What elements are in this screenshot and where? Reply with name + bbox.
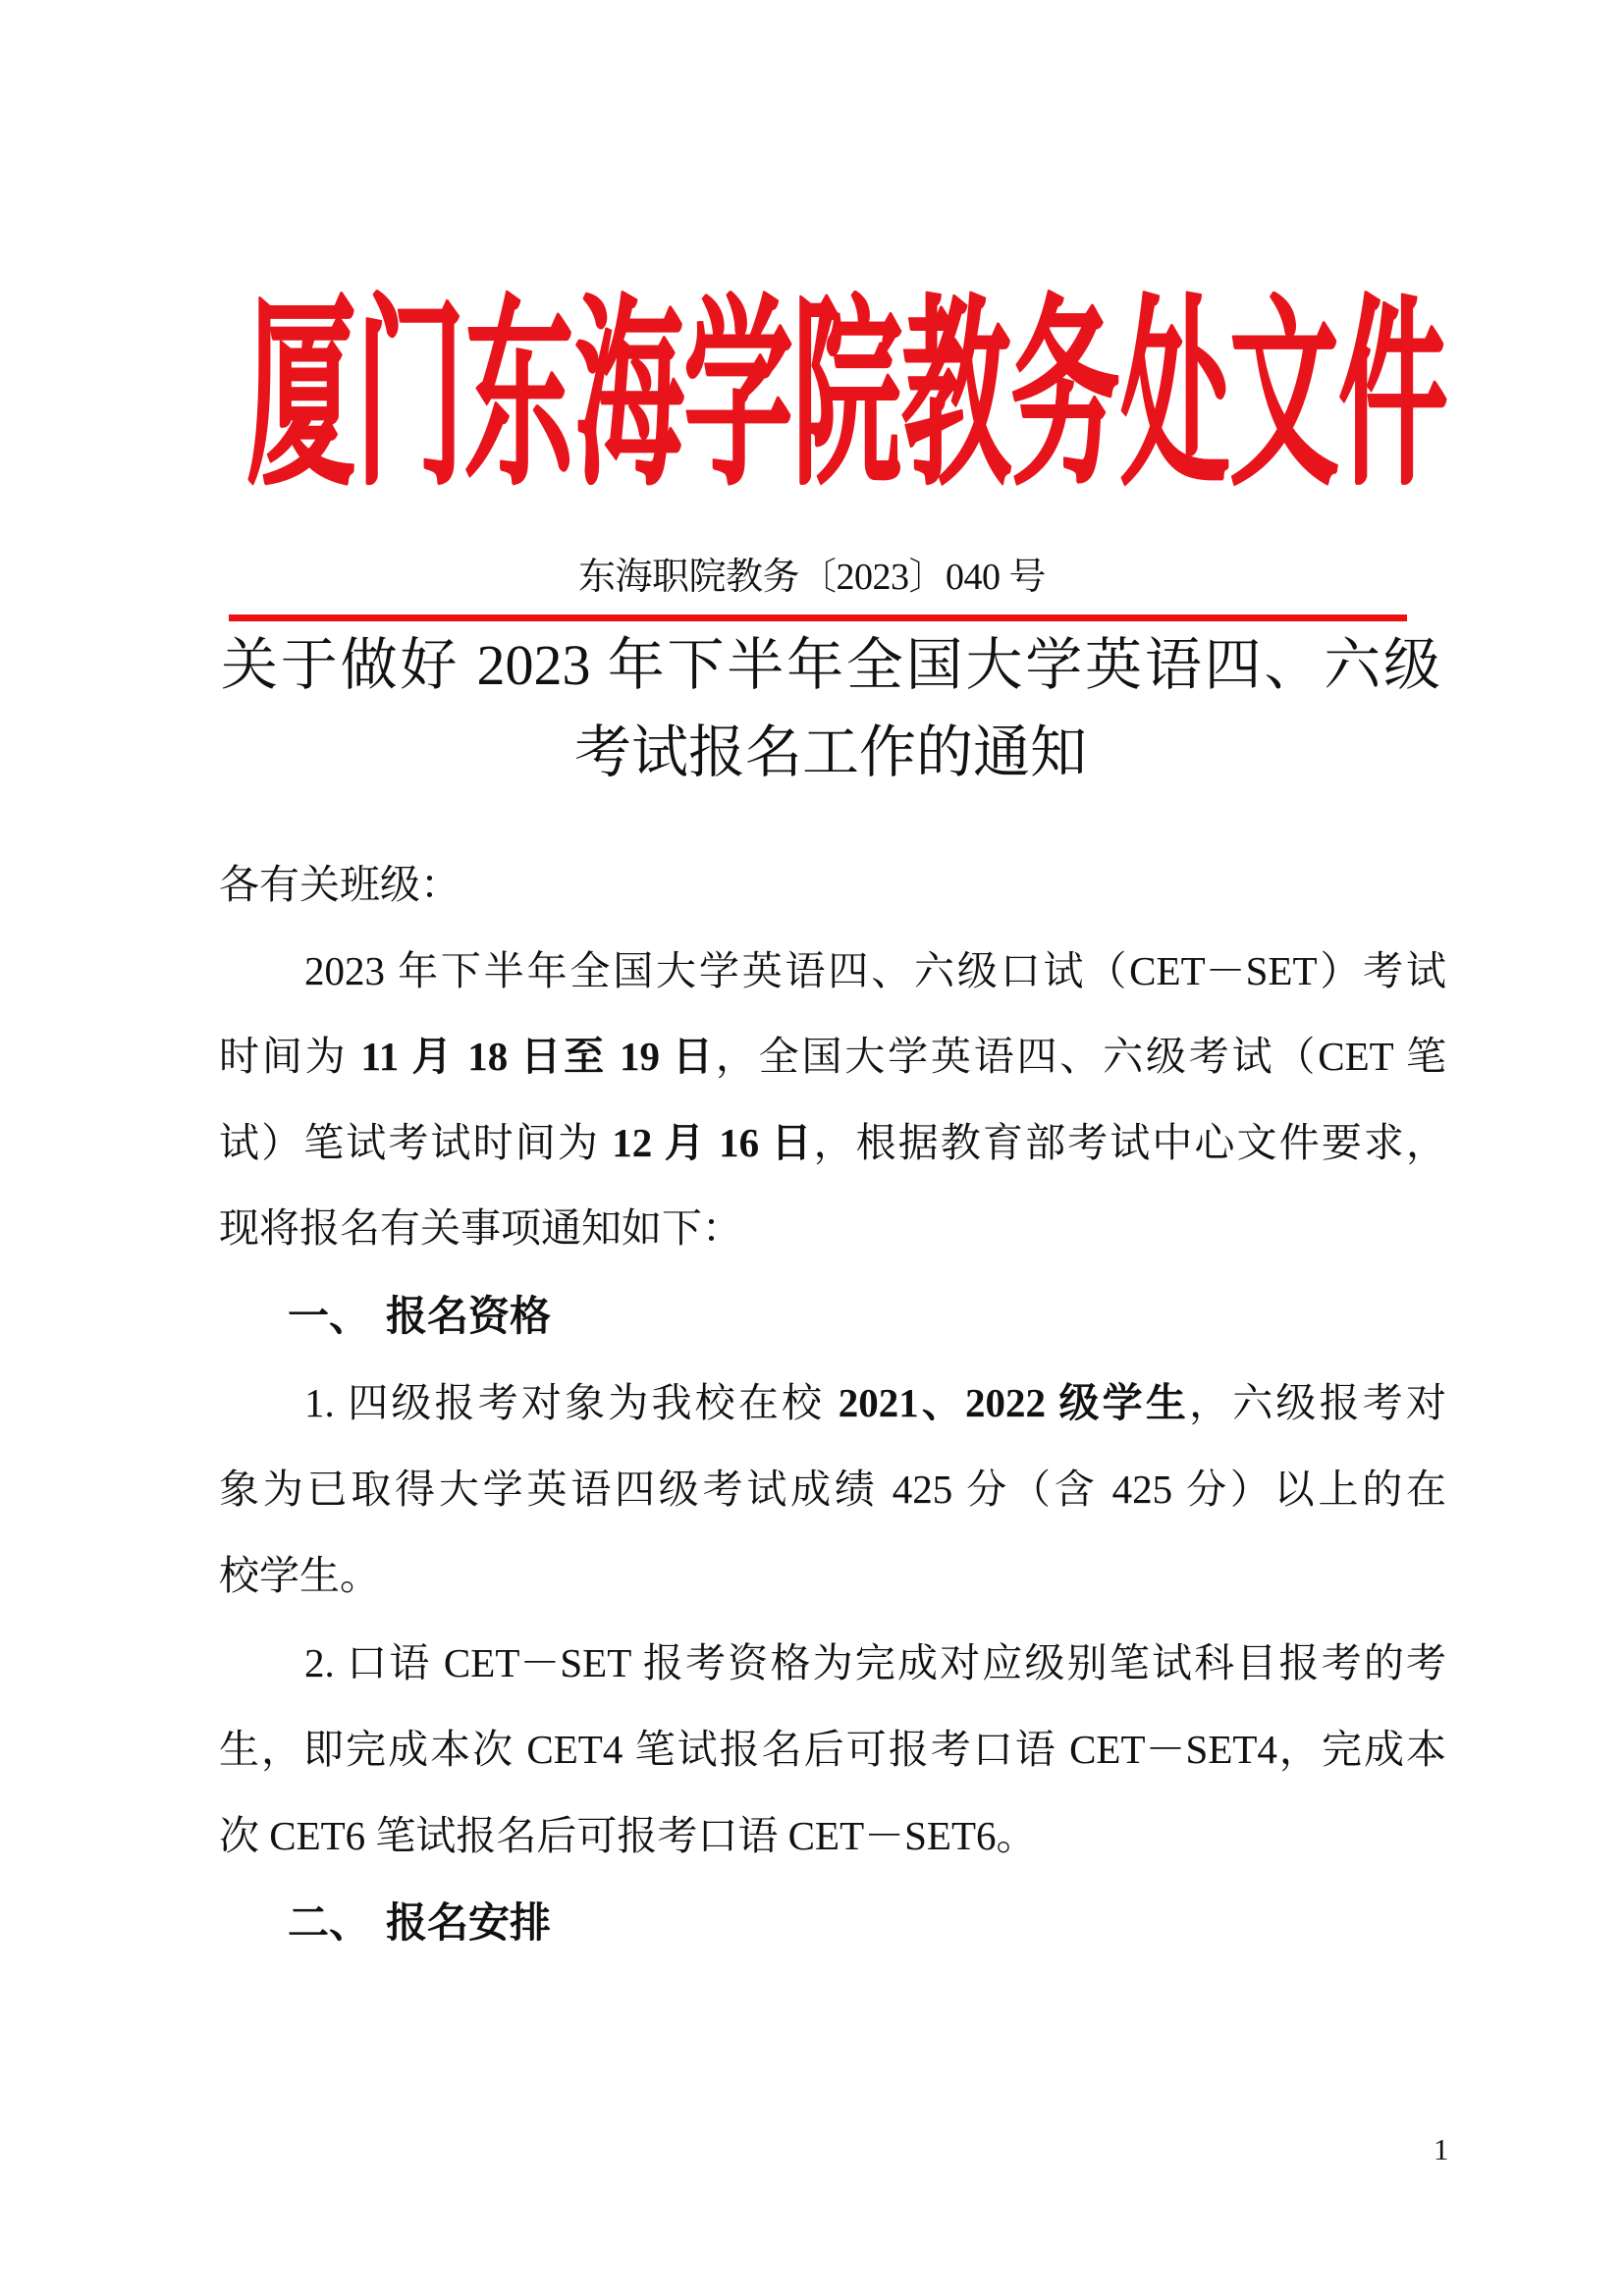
oral-exam-date: 11 月 18 日至 19 日 [361, 1034, 716, 1079]
item-1-line-1: 1. 四级报考对象为我校在校 2021、2022 级学生，六级报考对 [304, 1378, 1446, 1427]
letterhead-char: 门 [356, 294, 437, 497]
page-number: 1 [1434, 2132, 1449, 2167]
document-number: 东海职院教务〔2023〕040 号 [0, 556, 1624, 599]
item-text: 1. 四级报考对象为我校在校 [304, 1380, 839, 1425]
item-text: ，六级报考对 [1189, 1380, 1446, 1425]
item-1-line-2: 象为已取得大学英语四级考试成绩 425 分（含 425 分）以上的在 [219, 1465, 1446, 1514]
letterhead-char: 院 [792, 294, 873, 497]
intro-text: ，根据教育部考试中心文件要求， [814, 1120, 1446, 1165]
letterhead-char: 务 [1011, 294, 1092, 497]
section-1-heading: 一、报名资格 [288, 1292, 551, 1341]
section-title: 报名安排 [386, 1898, 551, 1947]
letterhead-char: 处 [1120, 294, 1201, 497]
eligible-grades: 2021、2022 级学生 [839, 1380, 1189, 1425]
item-2-line-3: 次 CET6 笔试报名后可报考口语 CET－SET6。 [219, 1811, 1446, 1860]
salutation: 各有关班级： [219, 860, 1446, 909]
written-exam-date: 12 月 16 日 [612, 1120, 813, 1165]
letterhead-char: 学 [683, 294, 764, 497]
section-title: 报名资格 [386, 1292, 551, 1340]
intro-line-2: 时间为 11 月 18 日至 19 日，全国大学英语四、六级考试（CET 笔 [219, 1032, 1446, 1081]
letterhead-char: 教 [902, 294, 983, 497]
intro-text: 时间为 [219, 1034, 361, 1079]
letterhead-char: 海 [574, 294, 655, 497]
section-2-heading: 二、报名安排 [288, 1898, 551, 1948]
item-2-line-1: 2. 口语 CET－SET 报考资格为完成对应级别笔试科目报考的考 [304, 1638, 1446, 1687]
intro-line-1: 2023 年下半年全国大学英语四、六级口试（CET－SET）考试 [304, 946, 1446, 995]
notice-title-line-2: 考试报名工作的通知 [221, 721, 1440, 785]
item-1-line-3: 校学生。 [219, 1551, 1446, 1600]
red-letterhead-title: 厦 门 东 海 学 院 教 务 处 文 件 [233, 285, 1434, 506]
item-2-line-2: 生，即完成本次 CET4 笔试报名后可报考口语 CET－SET4，完成本 [219, 1725, 1446, 1774]
letterhead-char: 东 [465, 294, 546, 497]
section-number: 一、 [288, 1292, 386, 1341]
section-number: 二、 [288, 1898, 386, 1948]
letterhead-char: 件 [1338, 294, 1419, 497]
letterhead-char: 厦 [246, 294, 327, 497]
letterhead-char: 文 [1229, 294, 1310, 497]
intro-text: ，全国大学英语四、六级考试（CET 笔 [716, 1034, 1446, 1079]
intro-line-4: 现将报名有关事项通知如下： [219, 1203, 1446, 1253]
red-divider-rule [229, 614, 1407, 621]
intro-text: 试）笔试考试时间为 [219, 1120, 612, 1165]
notice-title-line-1: 关于做好 2023 年下半年全国大学英语四、六级 [221, 633, 1440, 698]
intro-line-3: 试）笔试考试时间为 12 月 16 日，根据教育部考试中心文件要求， [219, 1118, 1446, 1167]
document-page: 厦 门 东 海 学 院 教 务 处 文 件 东海职院教务〔2023〕040 号 … [0, 0, 1624, 2296]
